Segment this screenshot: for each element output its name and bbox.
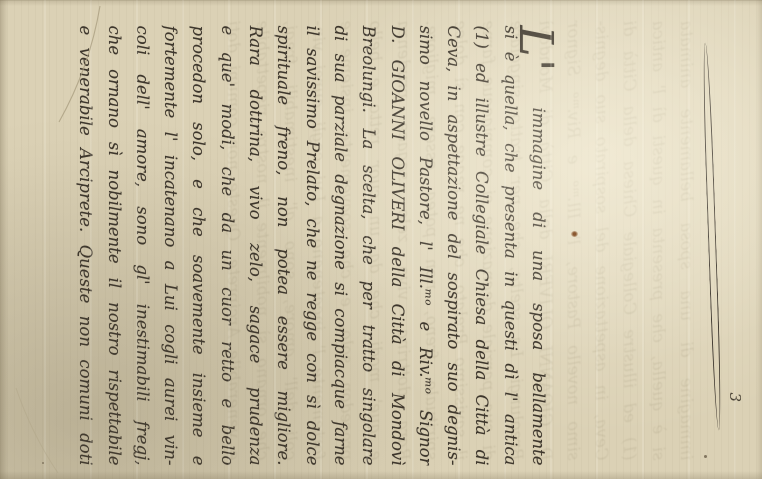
bleed-through-line: si è quella, che presenta in questi dì l…: [643, 20, 671, 460]
text-line: Rara dottrina, vivo zelo, sagace prudenz…: [241, 25, 269, 465]
text-line: coli dell' amore, sono gl' inestimabili …: [128, 25, 156, 465]
text-line: Ceva, in aspettazione del sospirato suo …: [439, 25, 467, 465]
text-line: di sua parziale degnazione si compiacque…: [326, 25, 354, 465]
scanned-book-page: immagine di una sposa bellamente animata…: [0, 0, 762, 479]
page-number: 3: [726, 392, 744, 402]
drop-cap: L': [512, 25, 559, 73]
text-line: Breolungi. La scelta, che per tratto sin…: [354, 25, 382, 465]
text-line: il savissimo Prelato, che ne regge con s…: [297, 25, 325, 465]
text-line: e venerabile Arciprete. Queste non comun…: [71, 25, 99, 465]
text-line: procedon solo, e che soavemente insieme …: [184, 25, 212, 465]
bleed-through-line: simo novello Pastore, l' Ill.ᵐᵒ e Riv.ᵐᵒ…: [559, 20, 587, 460]
text-line: e que' modi, che da un cuor retto e bell…: [212, 25, 240, 465]
text-line: (1) ed illustre Collegiale Chiesa della …: [467, 25, 495, 465]
text-block: L' immagine di una sposa bellamente anim…: [71, 25, 552, 465]
bleed-through-line: Ceva, in aspettazione del sospirato suo …: [587, 20, 615, 460]
text-line: simo novello Pastore, l' Ill.ᵐᵒ e Riv.ᵐᵒ…: [411, 25, 439, 465]
bleed-through-line: (1) ed illustre Collegiale Chiesa della …: [615, 20, 643, 460]
header-rule: [701, 42, 723, 430]
text-line: si è quella, che presenta in questi dì l…: [495, 25, 523, 465]
text-line: D. GIOANNI OLIVERI della Città di Mondov…: [382, 25, 410, 465]
text-line: immagine di una sposa bellamente animata: [524, 25, 552, 465]
text-line: che ornano sì nobilmente il nostro rispe…: [99, 25, 127, 465]
text-line: spirituale freno, non potea essere migli…: [269, 25, 297, 465]
bleed-through-line: immagine di una sposa bellamente animata: [672, 20, 700, 460]
book-page: immagine di una sposa bellamente animata…: [0, 0, 762, 479]
text-line: fortemente l' incatenano a Lui cogli aur…: [156, 25, 184, 465]
